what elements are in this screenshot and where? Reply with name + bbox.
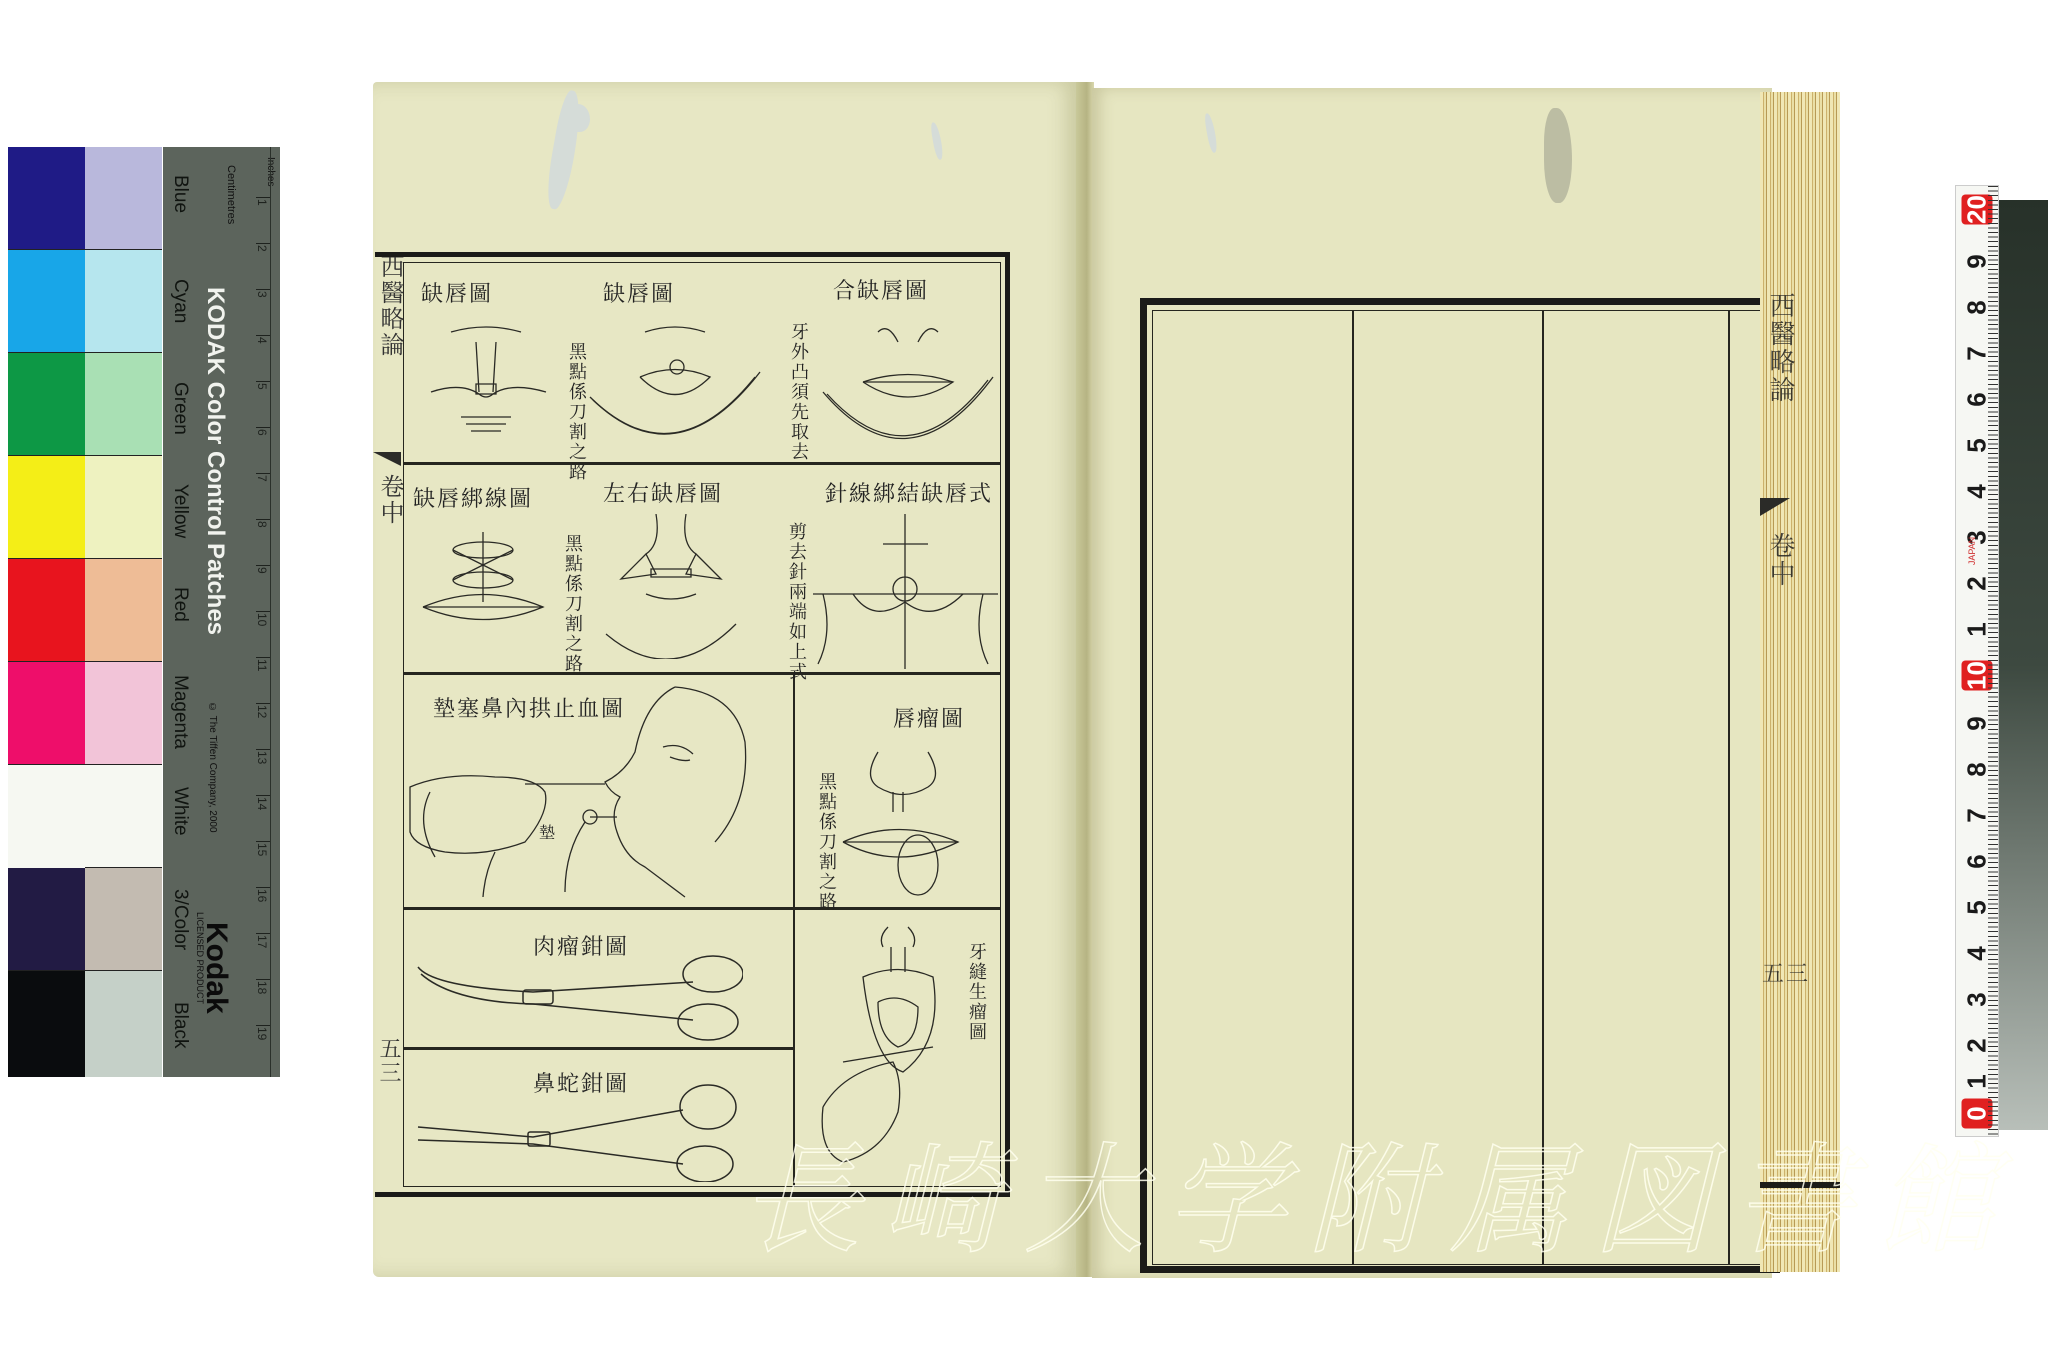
cm-tick-9: 9: [255, 567, 269, 574]
label-magenta: Magenta: [169, 675, 191, 749]
cm-tick-16: 16: [255, 889, 269, 902]
kodak-licensed: LICENSED PRODUCT: [195, 912, 205, 1004]
patch-white-light: [85, 765, 162, 868]
row-divider: [403, 907, 1001, 910]
patch-3color-light: [85, 868, 162, 971]
worm-hole: [1204, 113, 1219, 154]
worm-hole: [1544, 108, 1572, 203]
label-cyan: Cyan: [169, 279, 191, 323]
label-3color: 3/Color: [169, 889, 191, 950]
worm-hole: [568, 104, 590, 132]
patch-3color-dark: [8, 868, 85, 971]
figure-note: 牙外凸須先取去: [785, 322, 811, 462]
nasal-forceps-illustration: [413, 1082, 743, 1182]
row-divider: [403, 1047, 793, 1050]
patch-blue-dark: [8, 147, 85, 250]
cleft-lip-jaw-illustration: [585, 322, 765, 457]
figure-title-lip-tumor: 唇瘤圖: [893, 702, 965, 733]
row-divider: [403, 462, 1001, 465]
cm-tick-19: 19: [255, 1027, 269, 1040]
patch-magenta-dark: [8, 662, 85, 765]
dark-patch-column: [8, 147, 85, 1077]
cm-tick-6: 6: [255, 429, 269, 436]
nasal-packing-illustration: [405, 682, 785, 902]
cm-tick-10: 10: [255, 613, 269, 626]
row-divider: [403, 672, 1001, 675]
patch-blue-light: [85, 147, 162, 250]
patch-cyan-dark: [8, 250, 85, 353]
patch-red-dark: [8, 559, 85, 662]
pad-label: 墊: [539, 820, 557, 843]
cm-tick-2: 2: [255, 245, 269, 252]
cm-tick-15: 15: [255, 843, 269, 856]
label-blue: Blue: [169, 175, 191, 213]
light-patch-column: [85, 147, 162, 1077]
figure-title-cleft-lip: 缺唇圖: [421, 277, 493, 308]
label-black: Black: [169, 1002, 191, 1048]
figure-note: 黑點係刀割之路: [559, 534, 585, 674]
label-red: Red: [169, 587, 191, 622]
closed-cleft-jaw-illustration: [818, 322, 998, 457]
figure-title-needle-suture: 針線綁結缺唇式: [825, 477, 993, 508]
cm-tick-13: 13: [255, 751, 269, 764]
label-white: White: [169, 787, 191, 836]
tumor-forceps-illustration: [413, 952, 743, 1042]
kodak-copyright: © The Tiffen Company, 2000: [207, 702, 218, 833]
cm-tick-12: 12: [255, 705, 269, 718]
patch-black-light: [85, 971, 162, 1077]
figure-title-cleft-lip-2: 缺唇圖: [603, 277, 675, 308]
cm-tick-17: 17: [255, 935, 269, 948]
kodak-brand-title: KODAK Color Control Patches: [201, 287, 229, 635]
tape-ticks: [1988, 186, 1998, 1136]
cm-tick-18: 18: [255, 981, 269, 994]
centimetres-label: Centimetres: [225, 165, 237, 224]
cleft-suture-illustration: [408, 522, 558, 652]
patch-black-dark: [8, 971, 85, 1077]
lip-tumor-illustration: [838, 747, 968, 897]
kodak-ruler: Blue Cyan Green Yellow Red Magenta White…: [163, 147, 280, 1077]
left-page: 西醫略論 卷中 五三 缺唇圖 缺唇圖 黑點係刀割之路 合缺唇圖 牙外凸須先取去 …: [373, 82, 1078, 1277]
patch-green-dark: [8, 353, 85, 456]
library-watermark: 長崎大学附属図書館: [740, 1105, 2018, 1277]
cm-tick-1: 1: [255, 199, 269, 206]
patch-yellow-light: [85, 456, 162, 559]
patch-yellow-dark: [8, 456, 85, 559]
bleed-through-volume: 卷中: [1762, 532, 1799, 588]
japan-mark: JAPAN: [1967, 537, 1977, 565]
patch-red-light: [85, 559, 162, 662]
patch-magenta-light: [85, 662, 162, 765]
right-page: [1092, 88, 1772, 1278]
kodak-color-control-strip: Blue Cyan Green Yellow Red Magenta White…: [8, 147, 280, 1077]
cm-tick-7: 7: [255, 475, 269, 482]
cm-tick-5: 5: [255, 383, 269, 390]
patch-white: [8, 765, 85, 868]
patch-green-light: [85, 353, 162, 456]
cm-tick-4: 4: [255, 337, 269, 344]
bleed-through-title: 西醫略論: [1762, 292, 1799, 404]
patch-cyan-light: [85, 250, 162, 353]
gray-scale-strip: [1998, 200, 2048, 1130]
figure-title-gum-tumor: 牙縫生瘤圖: [963, 942, 989, 1042]
tape-measure: 20 9 8 7 6 5 4 3 JAPAN 2 1 10 9 8 7 6 5 …: [1955, 185, 1999, 1137]
figure-title-bilateral-cleft: 左右缺唇圖: [603, 477, 723, 508]
figure-note: 黑點係刀割之路: [813, 772, 839, 912]
figure-note: 剪去針兩端如上式: [783, 522, 809, 682]
bilateral-cleft-illustration: [601, 514, 741, 659]
bleed-through-folio: 五三: [1762, 957, 1810, 988]
cm-tick-3: 3: [255, 291, 269, 298]
cm-tick-11: 11: [255, 659, 269, 671]
figure-title-cleft-suture: 缺唇綁線圖: [413, 482, 533, 513]
book-fore-edge: 西醫略論 卷中 五三: [1760, 92, 1840, 1272]
label-yellow: Yellow: [169, 484, 191, 538]
cleft-lip-illustration: [421, 322, 551, 442]
needle-suture-illustration: [813, 514, 998, 669]
fish-tail-mark: [1760, 498, 1790, 516]
worm-hole: [930, 122, 944, 161]
label-green: Green: [169, 382, 191, 435]
cm-tick-8: 8: [255, 521, 269, 528]
figure-title-closed-cleft: 合缺唇圖: [833, 274, 929, 305]
cm-tick-14: 14: [255, 797, 269, 810]
